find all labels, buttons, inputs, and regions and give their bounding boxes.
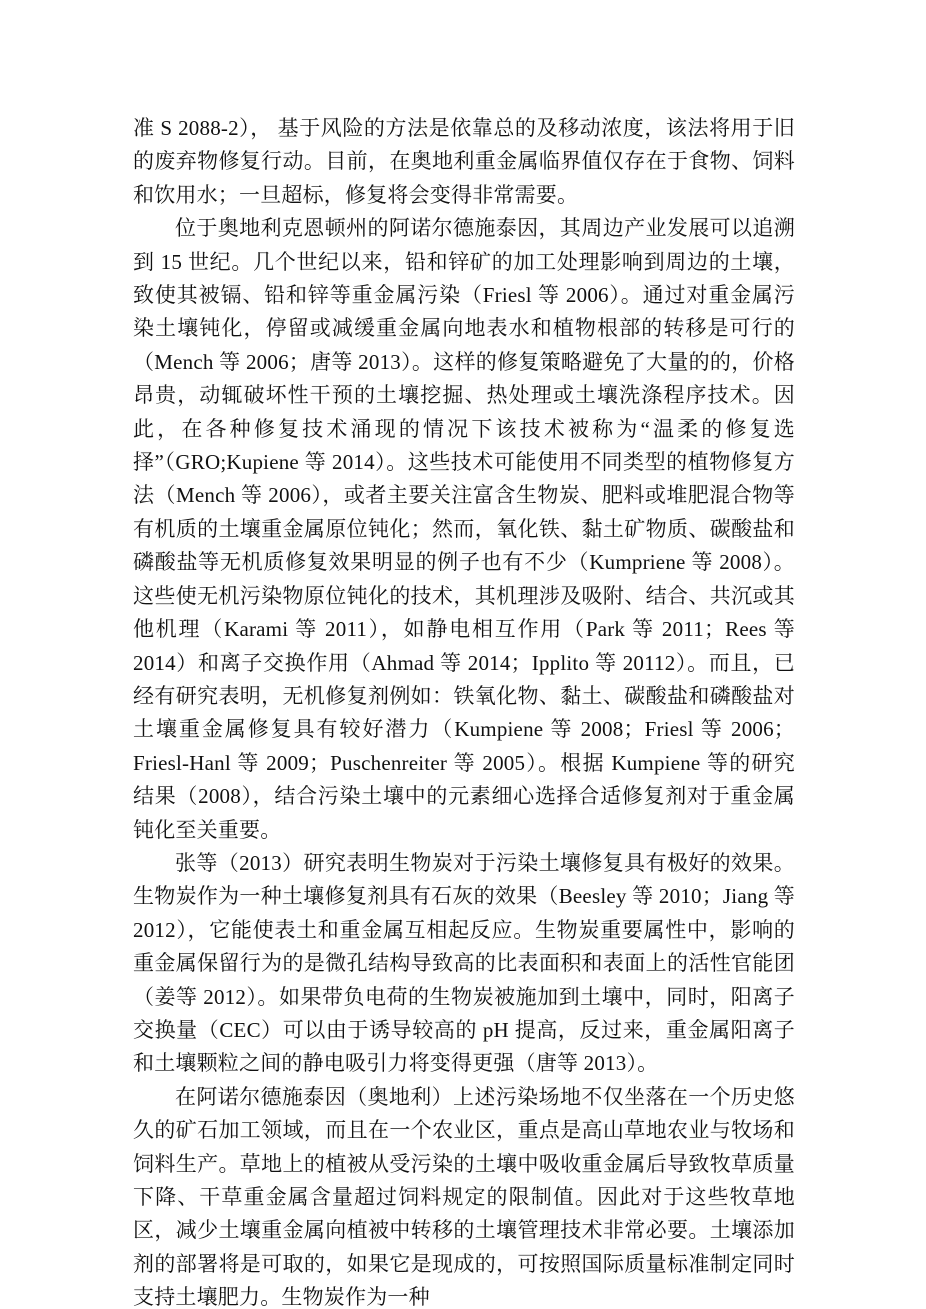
paragraph-agricultural-context: 在阿诺尔德施泰因（奥地利）上述污染场地不仅坐落在一个历史悠久的矿石加工领域，而且… [133,1081,795,1309]
paragraph-site-history: 位于奥地利克恩顿州的阿诺尔德施泰因，其周边产业发展可以追溯到 15 世纪。几个世… [133,212,795,847]
document-page: 准 S 2088-2）， 基于风险的方法是依靠总的及移动浓度，该法将用于旧的废弃… [0,0,926,1309]
paragraph-biochar-effects: 张等（2013）研究表明生物炭对于污染土壤修复具有极好的效果。生物炭作为一种土壤… [133,847,795,1081]
paragraph-continuation: 准 S 2088-2）， 基于风险的方法是依靠总的及移动浓度，该法将用于旧的废弃… [133,112,795,212]
